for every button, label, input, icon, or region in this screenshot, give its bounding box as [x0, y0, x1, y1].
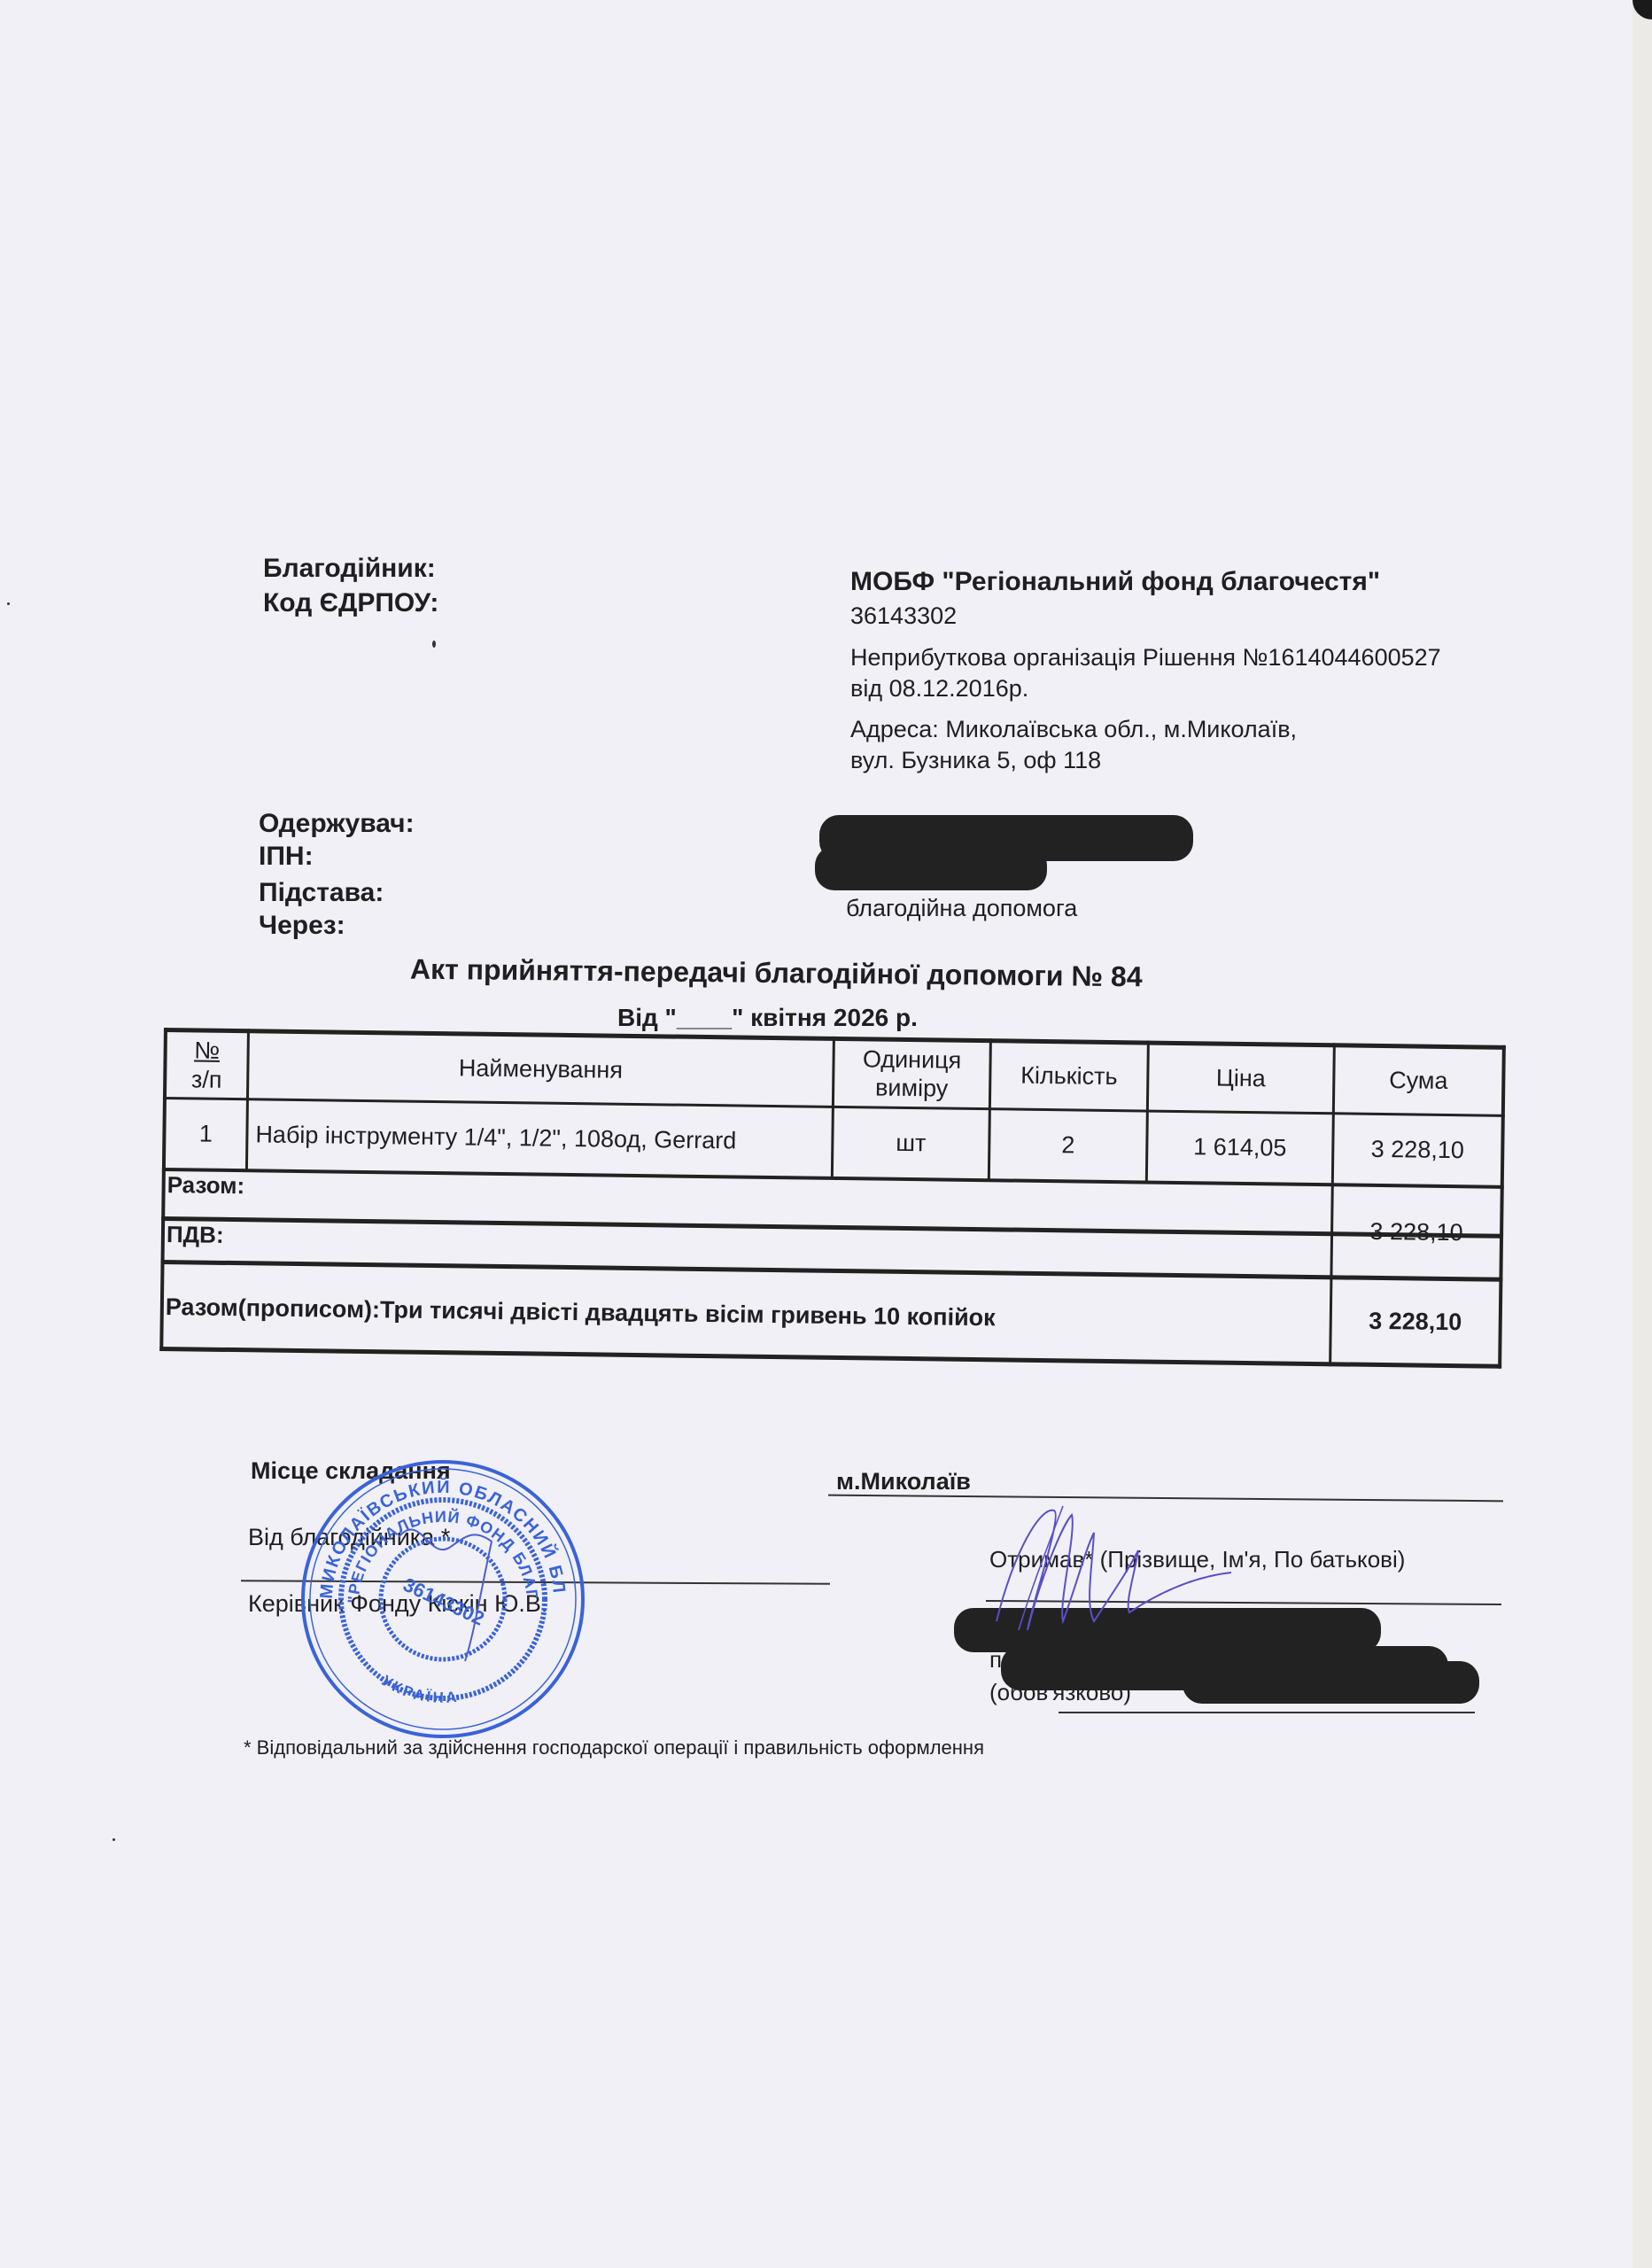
status-date: від 08.12.2016р.	[850, 675, 1028, 703]
recipient-signature	[979, 1497, 1245, 1639]
scan-speck	[7, 602, 10, 605]
vat-label: ПДВ:	[167, 1221, 224, 1248]
document-date: Від "____" квітня 2026 р.	[617, 1004, 918, 1032]
total-value: 3 228,10	[1332, 1189, 1500, 1275]
header-price: Ціна	[1149, 1045, 1333, 1113]
ipn-redaction	[815, 846, 1047, 890]
header-sum: Сума	[1335, 1047, 1502, 1114]
total-label: Разом:	[167, 1171, 244, 1199]
stamp-country: УКРАЇНА	[379, 1672, 461, 1706]
amount-in-words: Разом(прописом):Три тисячі двісті двадця…	[166, 1285, 996, 1340]
footnote: * Відповідальний за здійснення господарс…	[244, 1736, 984, 1759]
svg-text:УКРАЇНА: УКРАЇНА	[379, 1672, 461, 1706]
organization-stamp: МИКОЛАЇВСЬКИЙ ОБЛАСНИЙ БЛАГОДІЙНИЙ ФОНД …	[297, 1457, 589, 1741]
nonprofit-status: Неприбуткова організація Рішення №161404…	[850, 644, 1441, 672]
mandatory-underline	[1059, 1712, 1475, 1713]
via-label: Через:	[259, 911, 345, 941]
address-line-2: вул. Бузника 5, оф 118	[850, 747, 1101, 774]
row-name: Набір інструменту 1/4", 1/2", 108од, Ger…	[248, 1100, 832, 1177]
header-unit: Одиниця виміру	[834, 1041, 989, 1107]
recipient-label: Одержувач:	[259, 809, 415, 839]
amount-in-words-value: 3 228,10	[1331, 1279, 1499, 1363]
ipn-label: ІПН:	[259, 842, 314, 872]
header-unit-line2: виміру	[875, 1074, 949, 1102]
edrpou-label: Код ЄДРПОУ:	[263, 588, 438, 618]
row-quantity: 2	[990, 1110, 1146, 1180]
donor-name: МОБФ "Регіональний фонд благочестя"	[850, 567, 1380, 597]
header-number-line1: №	[194, 1037, 220, 1066]
header-unit-line1: Одиниця	[863, 1046, 962, 1076]
place-value: м.Миколаїв	[836, 1468, 971, 1495]
basis-label: Підстава:	[259, 878, 384, 908]
row-sum: 3 228,10	[1334, 1115, 1501, 1184]
items-table: № з/п Найменування Одиниця виміру Кількі…	[159, 1028, 1506, 1369]
header-number: № з/п	[167, 1032, 247, 1098]
scan-speck	[112, 1838, 115, 1841]
scanner-bed-edge	[1633, 0, 1652, 2268]
address-line-1: Адреса: Миколаївська обл., м.Миколаїв,	[850, 716, 1297, 743]
basis-value: благодійна допомога	[846, 895, 1077, 922]
row-number: 1	[166, 1099, 246, 1169]
document-title: Акт прийняття-передачі благодійної допом…	[410, 953, 1143, 994]
donor-label: Благодійник:	[263, 554, 436, 584]
scanned-page: Благодійник: Код ЄДРПОУ: МОБФ "Регіональ…	[0, 0, 1633, 2268]
header-name: Найменування	[249, 1033, 833, 1106]
header-number-line2: з/п	[191, 1065, 222, 1094]
edrpou-value: 36143302	[850, 602, 957, 630]
scan-speck	[432, 641, 436, 648]
row-unit: шт	[834, 1108, 989, 1178]
header-quantity: Кількість	[991, 1043, 1147, 1109]
mandatory-redaction	[1183, 1661, 1479, 1704]
row-price: 1 614,05	[1148, 1113, 1332, 1184]
